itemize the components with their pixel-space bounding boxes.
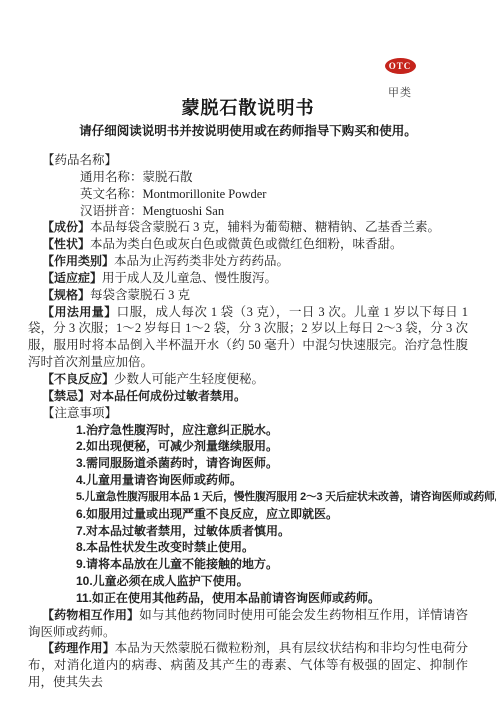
section-text-action-category: 本品为止泻药类非处方药药品。 bbox=[114, 254, 289, 268]
section-text-strength: 每袋含蒙脱石 3 克 bbox=[90, 288, 190, 302]
para-action-category: 【作用类别】本品为止泻药类非处方药药品。 bbox=[28, 253, 468, 270]
section-title-ingredients: 【成份】 bbox=[42, 220, 90, 234]
precaution-item-2: 2.如出现便秘，可减少剂量继续服用。 bbox=[28, 438, 468, 455]
para-strength: 【规格】每袋含蒙脱石 3 克 bbox=[28, 287, 468, 304]
section-title-adverse-reactions: 【不良反应】 bbox=[42, 372, 114, 386]
section-title-contraindications: 【禁忌】 bbox=[42, 389, 90, 403]
precaution-item-8: 8.本品性状发生改变时禁止使用。 bbox=[28, 539, 468, 556]
precaution-item-1: 1.治疗急性腹泻时，应注意纠正脱水。 bbox=[28, 422, 468, 439]
para-indications: 【适应症】用于成人及儿童急、慢性腹泻。 bbox=[28, 270, 468, 287]
section-title-strength: 【规格】 bbox=[42, 288, 90, 302]
para-properties: 【性状】本品为类白色或灰白色或微黄色或微红色细粉，味香甜。 bbox=[28, 236, 468, 253]
precaution-item-6: 6.如服用过量或出现严重不良反应，应立即就医。 bbox=[28, 506, 468, 523]
para-ingredients: 【成份】本品每袋含蒙脱石 3 克，辅料为葡萄糖、糖精钠、乙基香兰素。 bbox=[28, 219, 468, 236]
section-title-dosage: 【用法用量】 bbox=[42, 305, 117, 319]
section-title-pharmacology: 【药理作用】 bbox=[42, 641, 115, 655]
precaution-item-7: 7.对本品过敏者禁用，过敏体质者慎用。 bbox=[28, 523, 468, 540]
drug-pinyin-name: 汉语拼音：Mengtuoshi San bbox=[28, 203, 468, 220]
para-dosage: 【用法用量】口服，成人每次 1 袋（3 克），一日 3 次。儿童 1 岁以下每日… bbox=[28, 304, 468, 371]
para-pharmacology: 【药理作用】本品为天然蒙脱石微粒粉剂，具有层纹状结构和非均匀性电荷分布，对消化道… bbox=[28, 640, 468, 691]
precaution-item-4: 4.儿童用量请咨询医师或药师。 bbox=[28, 472, 468, 489]
precaution-item-5: 5.儿童急性腹泻服用本品 1 天后，慢性腹泻服用 2～3 天后症状未改善，请咨询… bbox=[28, 489, 468, 506]
drug-english-name: 英文名称：Montmorillonite Powder bbox=[28, 186, 468, 203]
leaflet-page: OTC 甲类 蒙脱石散说明书 请仔细阅读说明书并按说明使用或在药师指导下购买和使… bbox=[0, 0, 496, 702]
section-title-action-category: 【作用类别】 bbox=[42, 254, 114, 268]
para-interactions: 【药物相互作用】如与其他药物同时使用可能会发生药物相互作用，详情请咨询医师或药师… bbox=[28, 607, 468, 641]
section-title-precautions: 【注意事项】 bbox=[42, 406, 117, 420]
section-text-ingredients: 本品每袋含蒙脱石 3 克，辅料为葡萄糖、糖精钠、乙基香兰素。 bbox=[90, 220, 440, 234]
section-text-indications: 用于成人及儿童急、慢性腹泻。 bbox=[102, 271, 277, 285]
page-title: 蒙脱石散说明书 bbox=[0, 94, 496, 120]
precaution-item-9: 9.请将本品放在儿童不能接触的地方。 bbox=[28, 556, 468, 573]
section-title-indications: 【适应症】 bbox=[42, 271, 102, 285]
section-text-properties: 本品为类白色或灰白色或微黄色或微红色细粉，味香甜。 bbox=[90, 237, 403, 251]
para-precautions: 【注意事项】 bbox=[28, 405, 468, 422]
precaution-item-10: 10.儿童必须在成人监护下使用。 bbox=[28, 573, 468, 590]
drug-generic-name: 通用名称：蒙脱石散 bbox=[28, 169, 468, 186]
leaflet-body: 【药品名称】 通用名称：蒙脱石散 英文名称：Montmorillonite Po… bbox=[28, 152, 468, 691]
para-contraindications: 【禁忌】对本品任何成份过敏者禁用。 bbox=[28, 388, 468, 405]
section-text-contraindications: 对本品任何成份过敏者禁用。 bbox=[90, 389, 246, 403]
section-text-adverse-reactions: 少数人可能产生轻度便秘。 bbox=[114, 372, 264, 386]
section-title-drug-name: 【药品名称】 bbox=[42, 153, 117, 167]
leaflet-subtitle: 请仔细阅读说明书并按说明使用或在药师指导下购买和使用。 bbox=[0, 121, 496, 139]
section-title-properties: 【性状】 bbox=[42, 237, 90, 251]
precaution-item-3: 3.需同服肠道杀菌药时，请咨询医师。 bbox=[28, 455, 468, 472]
precaution-item-11: 11.如正在使用其他药品，使用本品前请咨询医师或药师。 bbox=[28, 590, 468, 607]
para-adverse-reactions: 【不良反应】少数人可能产生轻度便秘。 bbox=[28, 371, 468, 388]
section-title-interactions: 【药物相互作用】 bbox=[42, 608, 139, 622]
otc-badge-icon: OTC bbox=[385, 58, 416, 74]
para-drug-name: 【药品名称】 bbox=[28, 152, 468, 169]
